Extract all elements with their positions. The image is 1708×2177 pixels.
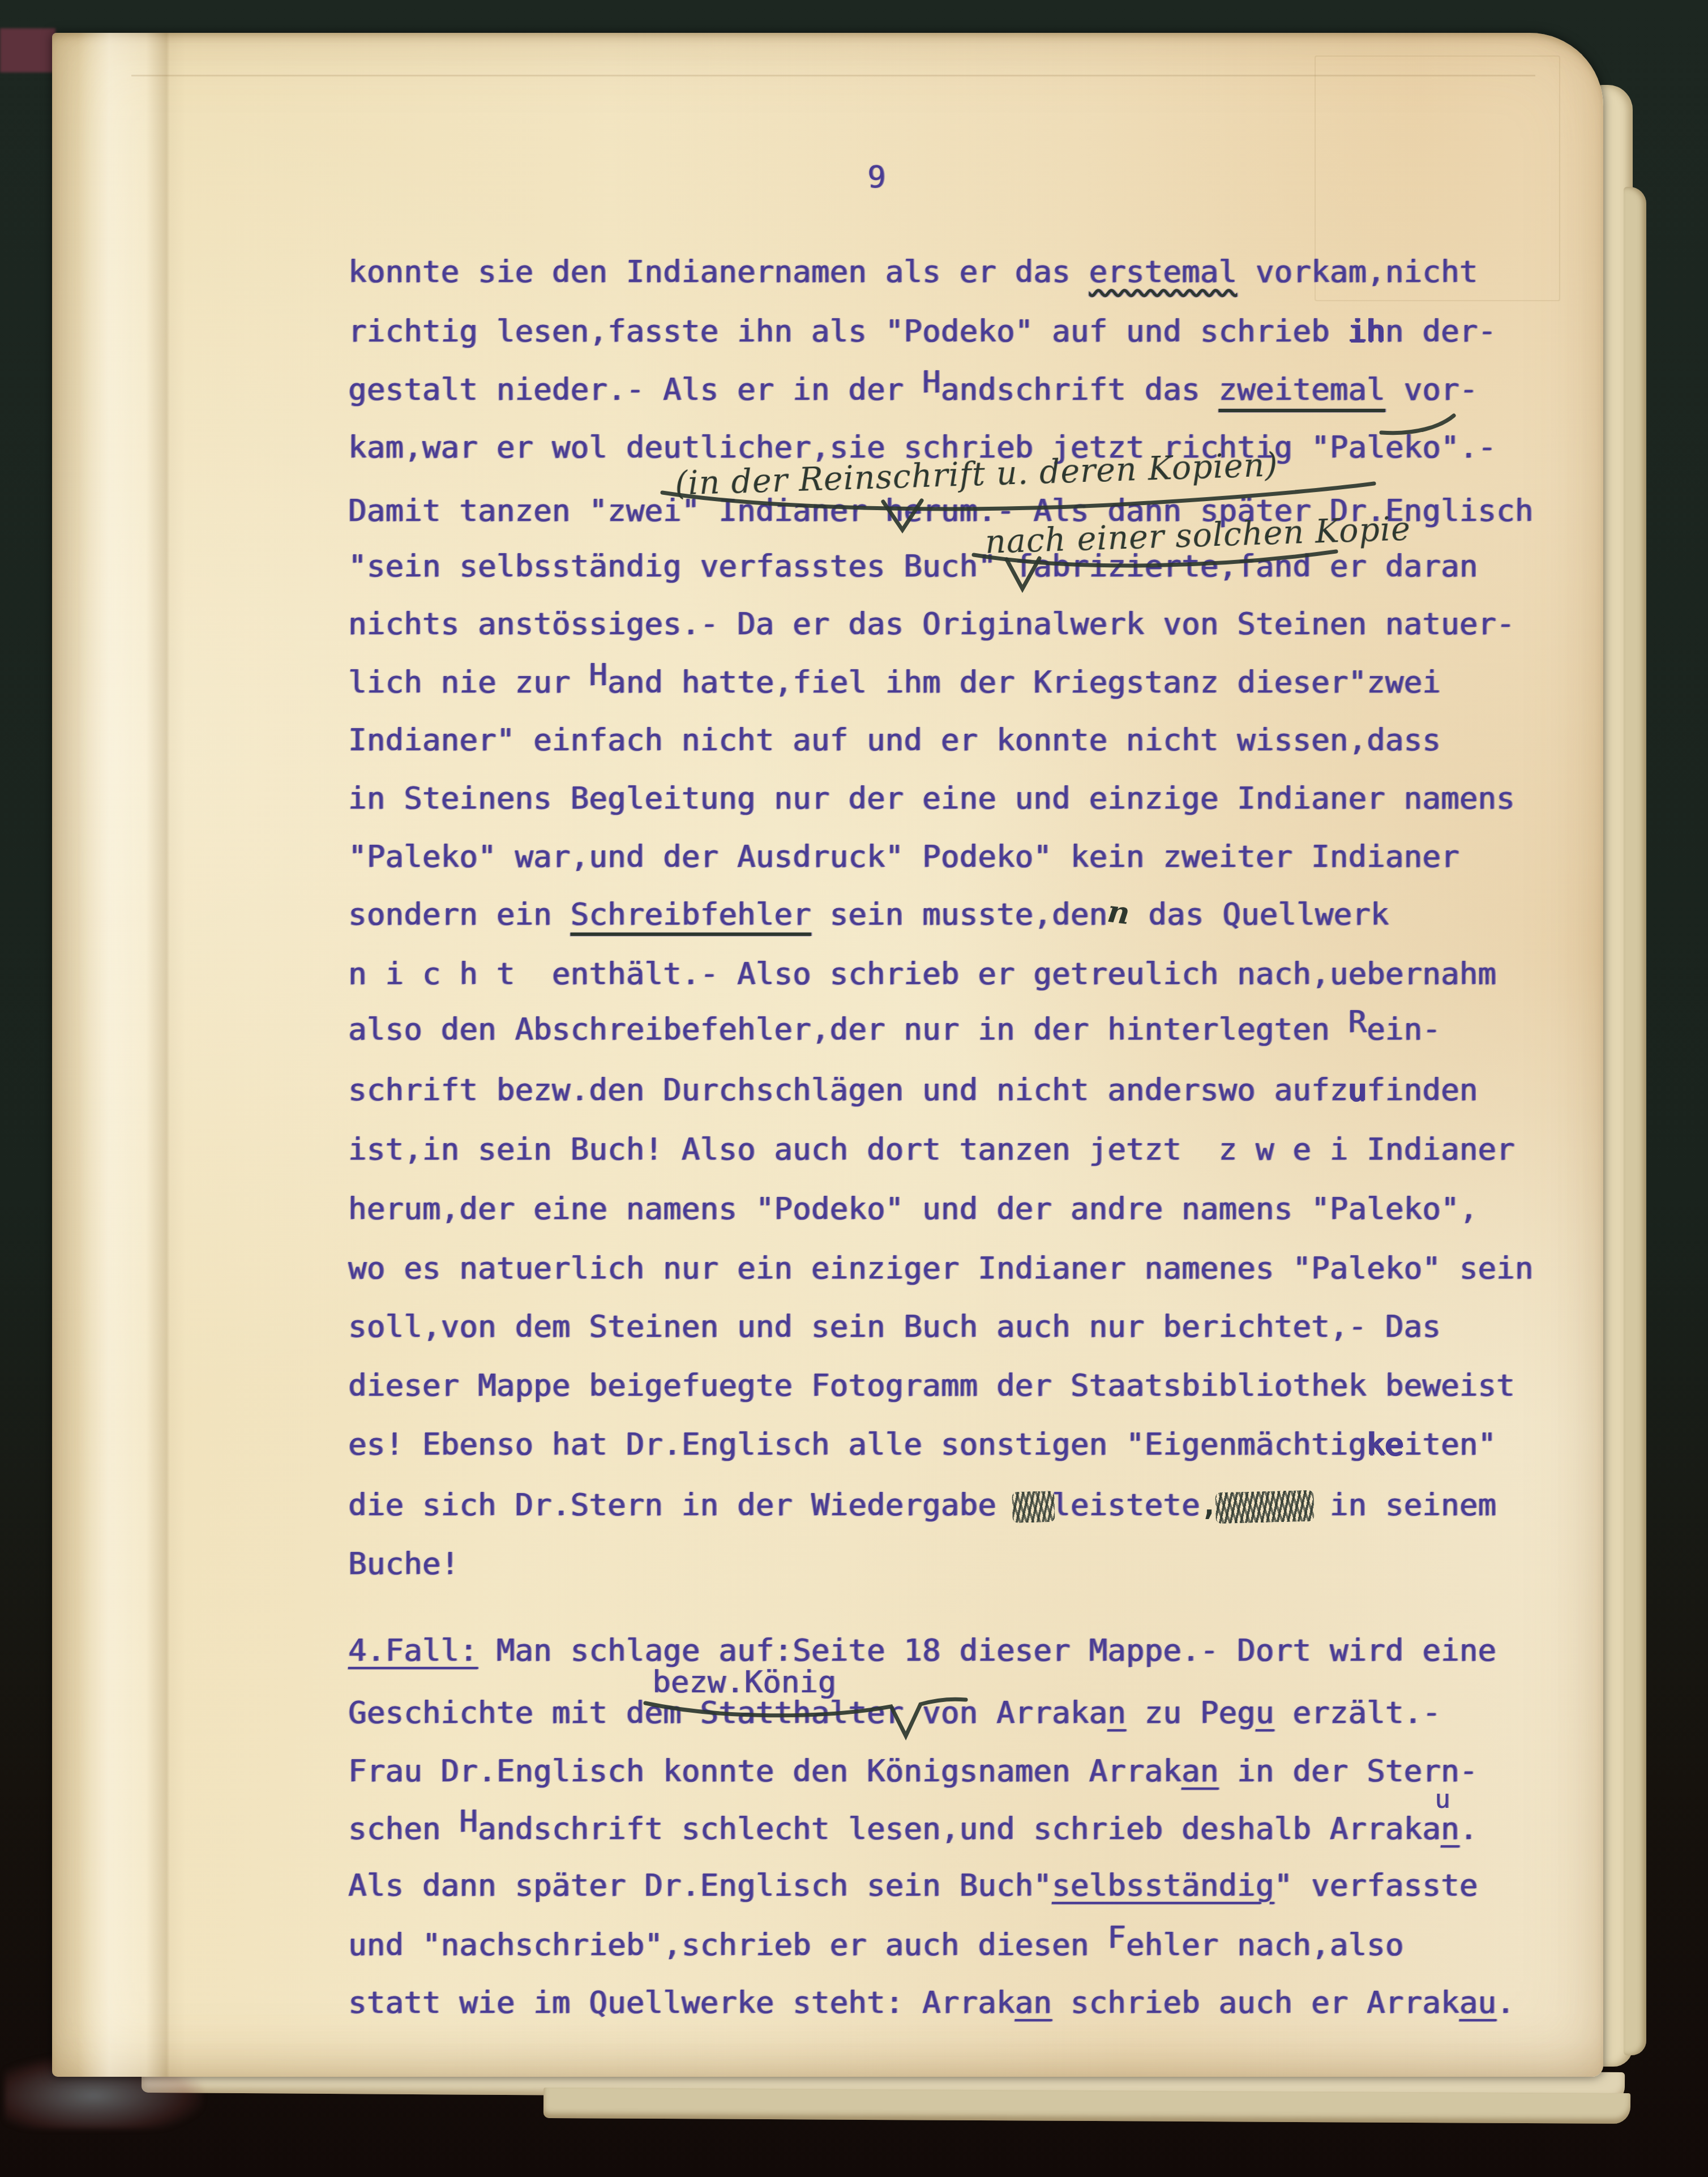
typed-segment-raised: H	[922, 364, 941, 400]
typed-line: sondern ein Schreibfehler sein musste,de…	[348, 896, 1389, 933]
typed-segment: erzält.-	[1274, 1695, 1441, 1730]
typed-segment-u-sweep: zweitemal	[1218, 371, 1385, 407]
typed-segment-overstrike: ih	[1348, 313, 1385, 349]
page-crease	[78, 33, 197, 2077]
binding-cloth-top	[0, 28, 55, 72]
typed-segment: vor-	[1385, 371, 1478, 407]
typed-segment: and hatte,fiel ihm der Kriegstanz dieser…	[607, 664, 1441, 700]
typed-line: schrift bezw.den Durchschlägen und nicht…	[348, 1072, 1478, 1108]
typed-segment: finden	[1367, 1072, 1478, 1107]
typed-segment-u-typed: n	[1107, 1695, 1126, 1730]
typed-line: Geschichte mit dem Statthalter von Arrak…	[348, 1695, 1441, 1731]
typed-segment-overstrike: u	[1348, 1072, 1367, 1107]
typed-segment-raised: R	[1348, 1004, 1367, 1040]
typed-segment-u-typed: u	[1256, 1695, 1274, 1730]
typed-segment-raised: H	[459, 1803, 478, 1840]
typed-segment-raised: F	[1107, 1919, 1126, 1956]
typed-segment: herum,der eine namens "Podeko" und der a…	[348, 1191, 1478, 1226]
typed-segment: wo es natuerlich nur ein einziger Indian…	[348, 1250, 1534, 1286]
typed-segment: andschrift das	[941, 371, 1219, 407]
typed-line: nichts anstössiges.- Da er das Originalw…	[348, 606, 1515, 642]
typed-segment: Buche!	[348, 1546, 459, 1581]
typed-line: 4.Fall: Man schlage auf:Seite 18 dieser …	[348, 1632, 1496, 1669]
typed-segment: die sich Dr.Stern in der Wiedergabe	[348, 1487, 1015, 1522]
typed-segment: vorkam,nicht	[1237, 254, 1478, 289]
typed-segment: "sein selbsständig verfasstes Buch" fabr…	[348, 548, 1478, 584]
typed-line: in Steinens Begleitung nur der eine und …	[348, 780, 1515, 816]
scanned-book-photo: 9 konnte sie den Indianernamen als er da…	[0, 0, 1708, 2177]
typed-line: gestalt nieder.- Als er in der Handschri…	[348, 371, 1478, 408]
typed-segment-u-wavy: erstemal	[1089, 254, 1237, 289]
typed-segment: .	[1496, 1984, 1515, 2020]
typed-line: statt wie im Quellwerke steht: Arrakan s…	[348, 1984, 1515, 2021]
typed-segment-u-typed: an	[1015, 1984, 1052, 2020]
typed-line: konnte sie den Indianernamen als er das …	[348, 254, 1478, 290]
typed-line: ist,in sein Buch! Also auch dort tanzen …	[348, 1131, 1515, 1167]
typed-segment: in Steinens Begleitung nur der eine und …	[348, 780, 1515, 816]
typed-line: "sein selbsständig verfasstes Buch" fabr…	[348, 548, 1478, 584]
book-page: 9 konnte sie den Indianernamen als er da…	[52, 33, 1603, 2077]
typed-line: und "nachschrieb",schrieb er auch diesen…	[348, 1927, 1404, 1963]
paper-edge-right-inner	[1624, 187, 1646, 2055]
typed-segment-overstrike: ke	[1367, 1426, 1403, 1462]
typed-line: Als dann später Dr.Englisch sein Buch"se…	[348, 1867, 1478, 1904]
typed-line: herum,der eine namens "Podeko" und der a…	[348, 1191, 1478, 1227]
typed-segment-hand-n: n	[1106, 893, 1132, 932]
typed-segment: das Quellwerk	[1130, 896, 1389, 932]
typed-line: also den Abschreibefehler,der nur in der…	[348, 1011, 1441, 1047]
typed-segment: und "nachschrieb",schrieb er auch diesen	[348, 1927, 1107, 1962]
typed-segment: nichts anstössiges.- Da er das Originalw…	[348, 606, 1515, 641]
typed-line: die sich Dr.Stern in der Wiedergabe gele…	[348, 1487, 1496, 1523]
paper-edge-bottom-inner	[543, 2088, 1630, 2124]
typed-segment: zu Peg	[1126, 1695, 1256, 1730]
typed-line: n i c h t enthält.- Also schrieb er getr…	[348, 956, 1496, 992]
typed-segment-scribble: hatte	[1218, 1487, 1311, 1522]
typed-segment: Man schlage auf:Seite 18 dieser Mappe.- …	[478, 1632, 1496, 1668]
typed-segment: also den Abschreibefehler,der nur in der…	[348, 1011, 1348, 1047]
typed-segment-u-typed: n	[1441, 1811, 1459, 1846]
typed-line: schen Handschrift schlecht lesen,und sch…	[348, 1811, 1478, 1847]
typed-segment: n der-	[1385, 313, 1496, 349]
typed-segment: soll,von dem Steinen und sein Buch auch …	[348, 1308, 1441, 1344]
typed-segment: in seinem	[1311, 1487, 1496, 1522]
typed-segment: konnte sie den Indianernamen als er das	[348, 254, 1089, 289]
typed-segment-u-typed: au	[1459, 1984, 1496, 2020]
typed-segment: .	[1459, 1811, 1478, 1846]
typed-segment: ehler nach,also	[1126, 1927, 1404, 1962]
typed-line: soll,von dem Steinen und sein Buch auch …	[348, 1308, 1441, 1345]
typed-segment: andschrift schlecht lesen,und schrieb de…	[478, 1811, 1441, 1846]
typed-segment-u-typed: an	[1182, 1753, 1218, 1789]
typed-segment: lich nie zur	[348, 664, 589, 700]
typed-line: Indianer" einfach nicht auf und er konnt…	[348, 722, 1441, 758]
typed-segment-raised: H	[589, 657, 607, 693]
typed-line: "Paleko" war,und der Ausdruck" Podeko" k…	[348, 839, 1459, 875]
typed-segment: sein musste,den	[811, 896, 1107, 932]
typed-segment: richtig lesen,fasste ihn als "Podeko" au…	[348, 313, 1348, 349]
typed-segment: sondern ein	[348, 896, 571, 932]
typed-line: lich nie zur Hand hatte,fiel ihm der Kri…	[348, 664, 1441, 700]
typed-segment: Als dann später Dr.Englisch sein Buch"	[348, 1867, 1052, 1903]
typed-segment: statt wie im Quellwerke steht: Arrak	[348, 1984, 1015, 2020]
typed-line: richtig lesen,fasste ihn als "Podeko" au…	[348, 313, 1496, 349]
typed-segment-u-line: Schreibfehler	[571, 896, 811, 932]
typed-segment: " verfasste	[1274, 1867, 1478, 1903]
typed-segment-u-typed: 4.Fall:	[348, 1632, 478, 1668]
typed-segment: schrift bezw.den Durchschlägen und nicht…	[348, 1072, 1348, 1107]
typed-segment-u-typed: selbsständig	[1052, 1867, 1274, 1903]
typed-segment: Frau Dr.Englisch konnte den Königsnamen …	[348, 1753, 1182, 1789]
typed-line: dieser Mappe beigefuegte Fotogramm der S…	[348, 1367, 1515, 1404]
typed-segment: leistete	[1052, 1487, 1200, 1522]
typed-segment: Geschichte mit dem Statthalter von Arrak…	[348, 1695, 1107, 1730]
typed-segment: schrieb auch er Arrak	[1052, 1984, 1459, 2020]
typed-segment: "Paleko" war,und der Ausdruck" Podeko" k…	[348, 839, 1459, 874]
typed-segment: dieser Mappe beigefuegte Fotogramm der S…	[348, 1367, 1515, 1403]
typed-segment: Indianer" einfach nicht auf und er konnt…	[348, 722, 1441, 758]
typed-line: wo es natuerlich nur ein einziger Indian…	[348, 1250, 1534, 1286]
typed-line: Frau Dr.Englisch konnte den Königsnamen …	[348, 1753, 1478, 1789]
typed-insert-koenig: bezw.König	[652, 1667, 836, 1697]
typed-segment: ist,in sein Buch! Also auch dort tanzen …	[348, 1131, 1515, 1167]
typed-segment: gestalt nieder.- Als er in der	[348, 371, 922, 407]
typed-segment-scribble: ge	[1015, 1487, 1052, 1522]
typed-segment: ein-	[1367, 1011, 1441, 1047]
typed-segment: schen	[348, 1811, 459, 1846]
superscript-u-correction: u	[1435, 1786, 1450, 1812]
typed-line: es! Ebenso hat Dr.Englisch alle sonstige…	[348, 1426, 1496, 1462]
typed-segment: es! Ebenso hat Dr.Englisch alle sonstige…	[348, 1426, 1367, 1462]
typed-line: Buche!	[348, 1546, 459, 1582]
typed-segment: n i c h t enthält.- Also schrieb er getr…	[348, 956, 1496, 991]
page-number: 9	[867, 162, 886, 193]
typed-segment: iten"	[1404, 1426, 1497, 1462]
